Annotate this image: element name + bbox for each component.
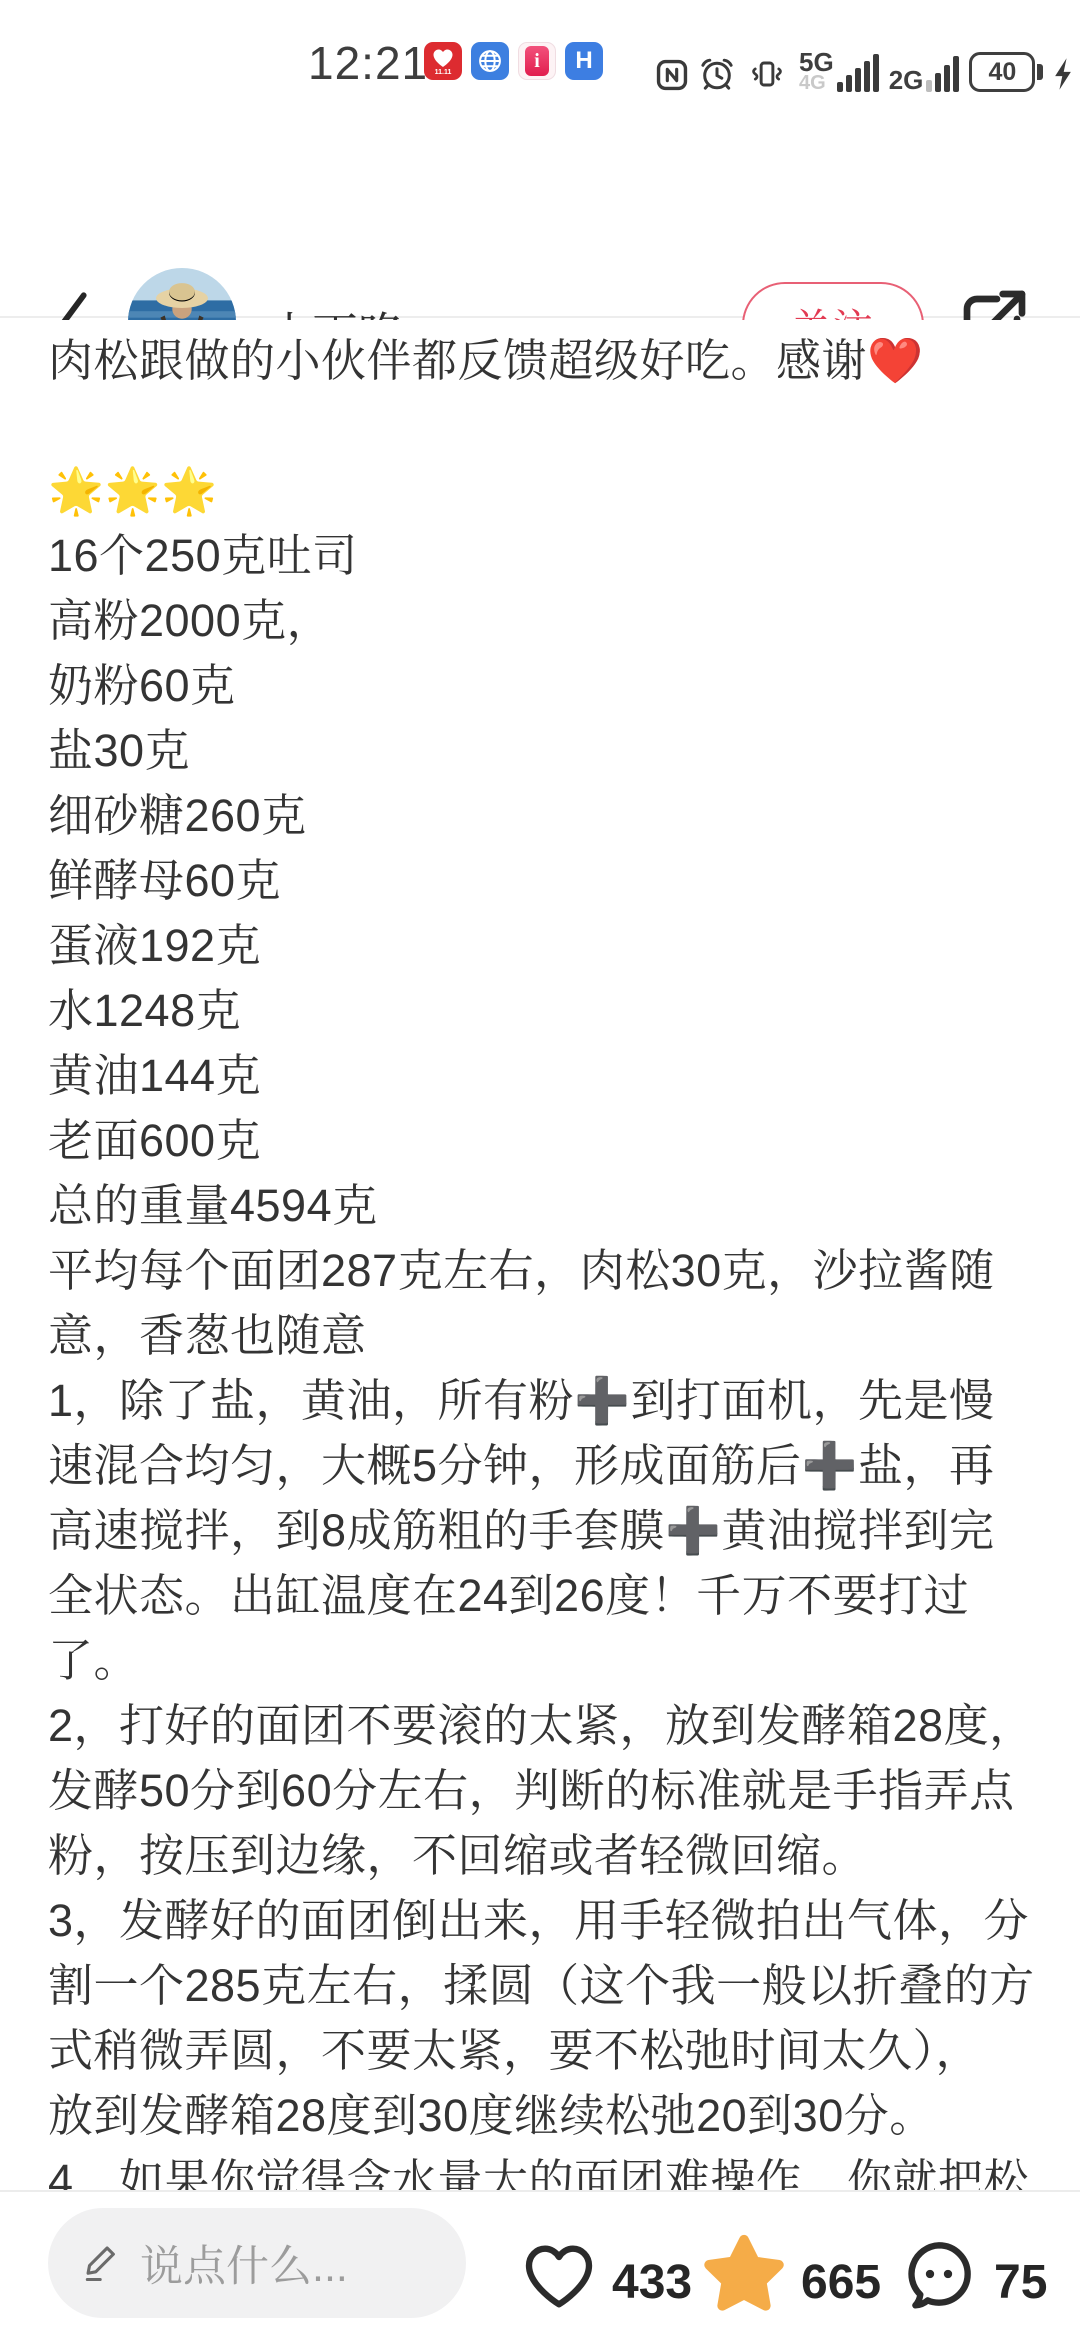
promo-heart-app-icon: 11.11	[424, 42, 462, 80]
notification-app-icons: 11.11 i H	[424, 42, 603, 80]
like-count[interactable]: 433	[612, 2259, 692, 2307]
info-app-letter: i	[525, 46, 549, 76]
health-app-icon: H	[565, 42, 603, 80]
signal1-sub-label: 4G	[799, 74, 826, 92]
like-heart-icon[interactable]	[516, 2236, 602, 2316]
pencil-icon	[80, 2241, 124, 2285]
alarm-clock-icon	[699, 56, 735, 92]
battery-indicator: 40	[969, 52, 1043, 92]
signal2-bars	[926, 56, 959, 92]
battery-nub	[1037, 64, 1043, 80]
status-right-icons: 5G 4G 2G 40	[655, 50, 1073, 92]
nav-bar: 小丁咚 关注	[0, 100, 1080, 318]
charging-bolt-icon	[1053, 56, 1073, 92]
health-app-letter: H	[575, 47, 592, 75]
comment-input[interactable]: 说点什么...	[48, 2208, 466, 2318]
post-content: 肉松跟做的小伙伴都反馈超级好吃。感谢❤️ 🌟🌟🌟 16个250克吐司 高粉200…	[0, 320, 1080, 2190]
nfc-icon	[655, 58, 689, 92]
status-bar: 12:21 11.11 i H	[0, 0, 1080, 100]
comment-placeholder: 说点什么...	[140, 2233, 348, 2294]
comment-count[interactable]: 75	[994, 2259, 1047, 2307]
comment-bubble-icon[interactable]	[898, 2236, 980, 2316]
info-app-icon: i	[518, 42, 556, 80]
battery-percent: 40	[988, 58, 1016, 87]
signal1-label: 5G	[799, 50, 834, 74]
signal-sim2: 2G	[889, 56, 960, 92]
signal-sim1: 5G 4G	[799, 50, 879, 92]
post-body-text: 肉松跟做的小伙伴都反馈超级好吃。感谢❤️ 🌟🌟🌟 16个250克吐司 高粉200…	[0, 320, 1080, 2190]
app-screen: 12:21 11.11 i H	[0, 0, 1080, 2340]
collect-count[interactable]: 665	[801, 2259, 881, 2307]
signal1-bars	[837, 54, 879, 92]
status-time: 12:21	[308, 36, 428, 90]
bottom-bar: 说点什么... 433 665 75	[0, 2190, 1080, 2340]
vibrate-icon	[745, 56, 789, 92]
collect-star-icon[interactable]	[697, 2230, 791, 2320]
signal2-label: 2G	[889, 68, 924, 92]
browser-app-icon	[471, 42, 509, 80]
promo-badge-text: 11.11	[435, 69, 452, 76]
